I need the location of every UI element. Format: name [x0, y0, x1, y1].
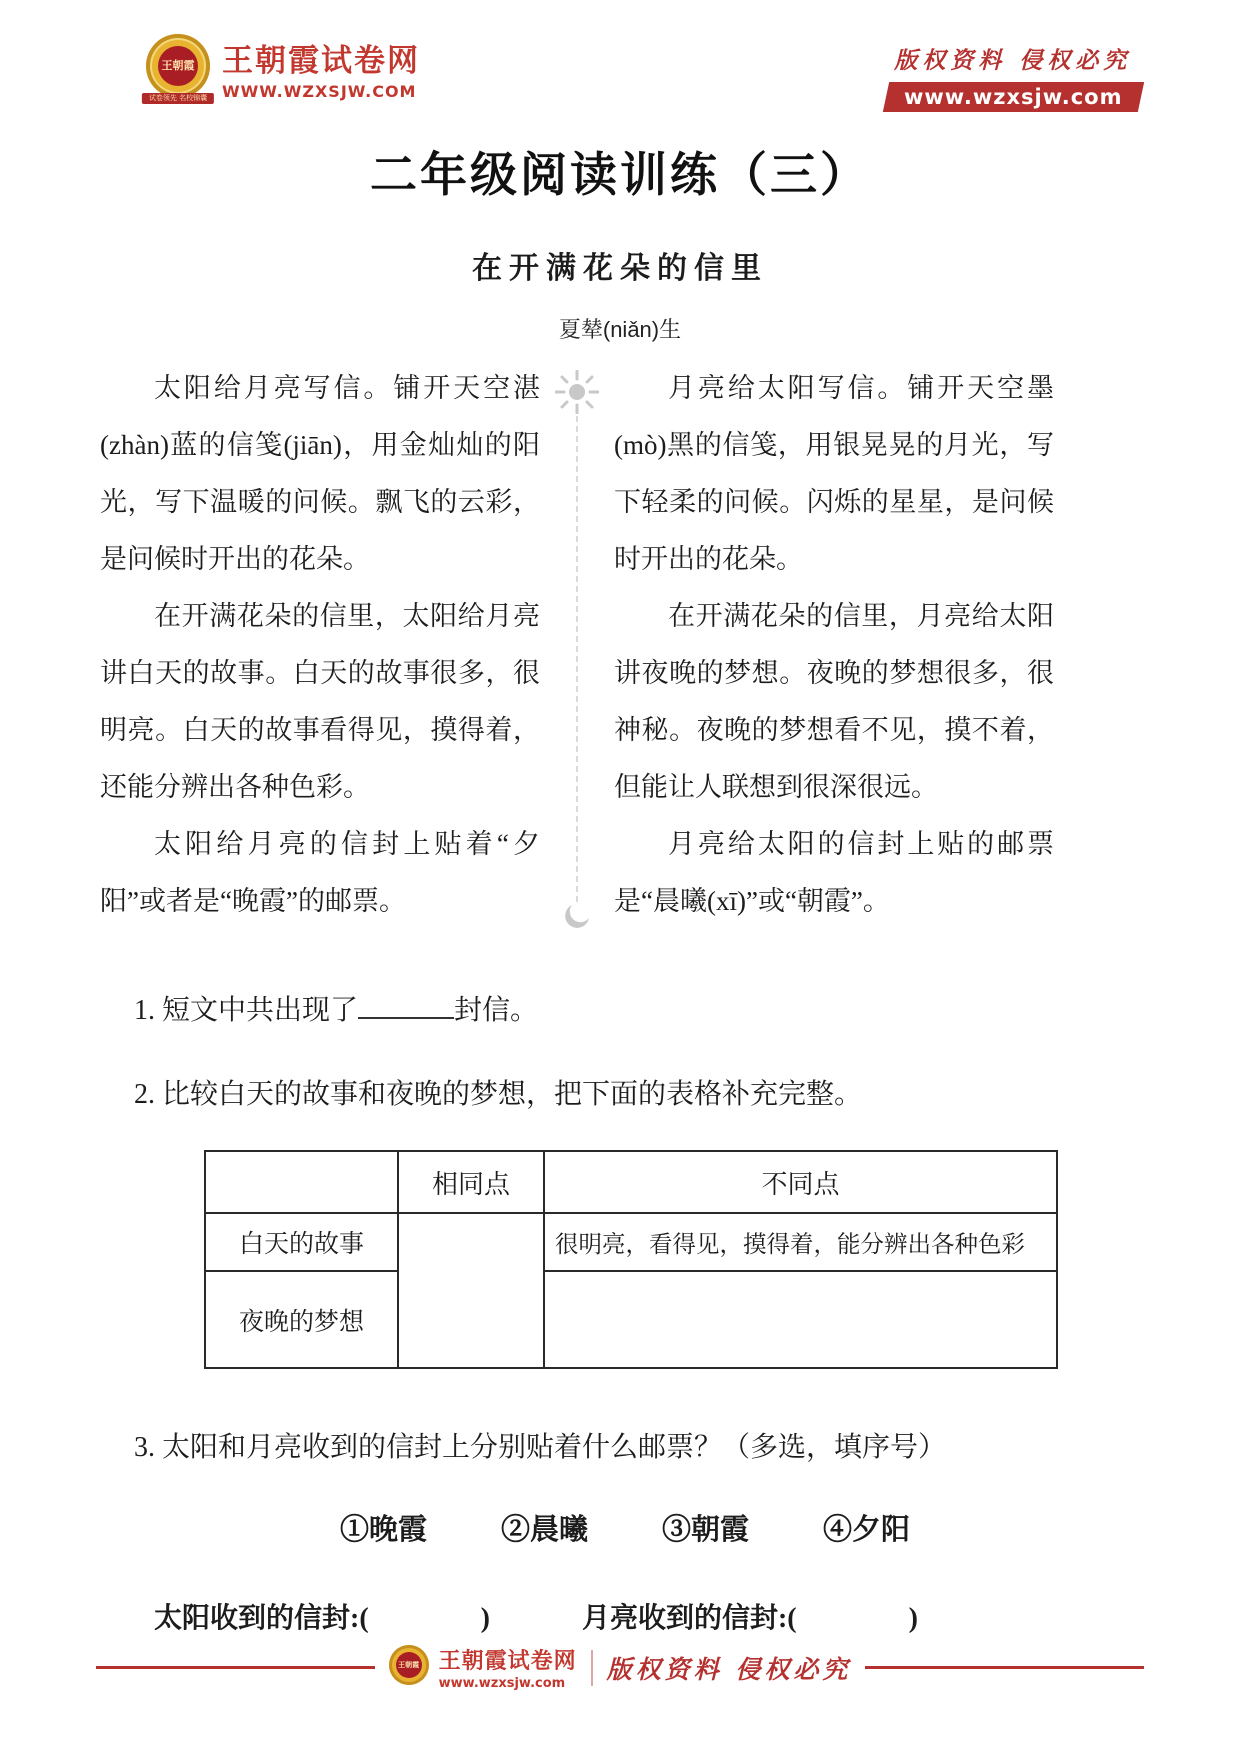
- questions-section: 1. 短文中共出现了封信。 2. 比较白天的故事和夜晚的梦想，把下面的表格补充完…: [134, 988, 1240, 1636]
- table-cell-different: 很明亮，看得见，摸得着，能分辨出各种色彩: [544, 1213, 1057, 1271]
- site-url: WWW.WZXSJW.COM: [222, 82, 420, 101]
- passage-author: 夏辇(niǎn)生: [0, 313, 1240, 344]
- question-2: 2. 比较白天的故事和夜晚的梦想，把下面的表格补充完整。: [134, 1072, 1240, 1112]
- copyright-slogan: 版权资料 侵权必究: [894, 42, 1131, 75]
- question-1: 1. 短文中共出现了封信。: [134, 988, 1240, 1028]
- option-4: ④夕阳: [823, 1507, 910, 1548]
- footer-slogan: 版权资料 侵权必究: [607, 1650, 852, 1686]
- logo-badge-ribbon: 试卷领先 名校锦囊: [142, 93, 214, 104]
- site-name: 王朝霞试卷网: [222, 35, 420, 80]
- passage-title: 在开满花朵的信里: [0, 243, 1240, 287]
- footer-vertical-divider: [591, 1650, 593, 1686]
- question-3-answer-blanks: 太阳收到的信封:( ) 月亮收到的信封:( ): [154, 1596, 1240, 1636]
- passage-right-column: 月亮给太阳写信。铺开天空墨(mò)黑的信笺，用银晃晃的月光，写下轻柔的问候。闪烁…: [614, 360, 1054, 930]
- moon-icon: [564, 904, 590, 930]
- logo-badge-text: 王朝霞: [158, 46, 198, 86]
- table-row: 白天的故事 很明亮，看得见，摸得着，能分辨出各种色彩: [205, 1213, 1057, 1271]
- dashed-divider-line: [576, 416, 578, 902]
- passage-paragraph: 在开满花朵的信里，太阳给月亮讲白天的故事。白天的故事很多，很明亮。白天的故事看得…: [100, 588, 540, 816]
- footer-site-url: www.wzxsjw.com: [439, 1676, 577, 1691]
- question-1-number: 1.: [134, 995, 155, 1026]
- table-header-same: 相同点: [398, 1151, 544, 1213]
- footer-logo-badge-icon: 王朝霞: [389, 1645, 429, 1691]
- table-row-label: 白天的故事: [205, 1213, 398, 1271]
- page-footer: 王朝霞 王朝霞试卷网 www.wzxsjw.com 版权资料 侵权必究: [0, 1644, 1240, 1691]
- question-3-number: 3.: [134, 1432, 155, 1463]
- table-header-different: 不同点: [544, 1151, 1057, 1213]
- passage-left-column: 太阳给月亮写信。铺开天空湛(zhàn)蓝的信笺(jiān)，用金灿灿的阳光，写下…: [100, 360, 540, 930]
- footer-site-block: 王朝霞试卷网 www.wzxsjw.com: [439, 1644, 577, 1691]
- passage-paragraph: 月亮给太阳的信封上贴的邮票是“晨曦(xī)”或“朝霞”。: [614, 816, 1054, 930]
- logo-badge-ring: 王朝霞: [146, 34, 210, 98]
- copyright-block: 版权资料 侵权必究 www.wzxsjw.com: [886, 34, 1141, 112]
- passage-paragraph: 太阳给月亮的信封上贴着“夕阳”或者是“晚霞”的邮票。: [100, 816, 540, 930]
- sun-icon: [555, 370, 599, 414]
- moon-answer-blank: 月亮收到的信封:( ): [582, 1596, 918, 1636]
- option-1: ①晚霞: [340, 1507, 427, 1548]
- question-3-options: ①晚霞 ②晨曦 ③朝霞 ④夕阳: [340, 1507, 1240, 1548]
- question-1-text-after: 封信。: [454, 995, 538, 1026]
- table-row-label: 夜晚的梦想: [205, 1271, 398, 1368]
- question-1-text-before: 短文中共出现了: [162, 995, 358, 1026]
- footer-rule-right: [865, 1666, 1144, 1669]
- passage-paragraph: 月亮给太阳写信。铺开天空墨(mò)黑的信笺，用银晃晃的月光，写下轻柔的问候。闪烁…: [614, 360, 1054, 588]
- table-row: 夜晚的梦想: [205, 1271, 1057, 1368]
- url-banner-text: www.wzxsjw.com: [904, 85, 1123, 109]
- comparison-table: 相同点 不同点 白天的故事 很明亮，看得见，摸得着，能分辨出各种色彩 夜晚的梦想: [204, 1150, 1058, 1369]
- footer-logo-block: 王朝霞 王朝霞试卷网 www.wzxsjw.com 版权资料 侵权必究: [389, 1644, 852, 1691]
- passage-paragraph: 在开满花朵的信里，月亮给太阳讲夜晚的梦想。夜晚的梦想很多，很神秘。夜晚的梦想看不…: [614, 588, 1054, 816]
- footer-badge-text: 王朝霞: [396, 1652, 422, 1678]
- question-3-text: 太阳和月亮收到的信封上分别贴着什么邮票？（多选，填序号）: [162, 1432, 946, 1463]
- logo-badge-icon: 王朝霞 试卷领先 名校锦囊: [146, 34, 210, 102]
- site-logo: 王朝霞 试卷领先 名校锦囊 王朝霞试卷网 WWW.WZXSJW.COM: [146, 34, 420, 102]
- page-title: 二年级阅读训练（三）: [0, 138, 1240, 205]
- footer-rule-left: [96, 1666, 375, 1669]
- column-divider: [540, 360, 614, 930]
- table-cell-same-blank: [398, 1213, 544, 1368]
- question-1-fill-blank: [358, 990, 454, 1019]
- page-header: 王朝霞 试卷领先 名校锦囊 王朝霞试卷网 WWW.WZXSJW.COM 版权资料…: [0, 0, 1240, 112]
- sun-answer-blank: 太阳收到的信封:( ): [154, 1596, 490, 1636]
- logo-text-block: 王朝霞试卷网 WWW.WZXSJW.COM: [222, 35, 420, 101]
- table-cell-different-blank: [544, 1271, 1057, 1368]
- table-header-empty: [205, 1151, 398, 1213]
- url-banner: www.wzxsjw.com: [882, 82, 1143, 112]
- question-2-number: 2.: [134, 1079, 155, 1110]
- passage-paragraph: 太阳给月亮写信。铺开天空湛(zhàn)蓝的信笺(jiān)，用金灿灿的阳光，写下…: [100, 360, 540, 588]
- question-2-text: 比较白天的故事和夜晚的梦想，把下面的表格补充完整。: [162, 1079, 862, 1110]
- footer-badge-ring: 王朝霞: [389, 1645, 429, 1685]
- option-2: ②晨曦: [501, 1507, 588, 1548]
- table-header-row: 相同点 不同点: [205, 1151, 1057, 1213]
- reading-passage: 太阳给月亮写信。铺开天空湛(zhàn)蓝的信笺(jiān)，用金灿灿的阳光，写下…: [100, 360, 1152, 930]
- footer-site-name: 王朝霞试卷网: [439, 1644, 577, 1675]
- question-3: 3. 太阳和月亮收到的信封上分别贴着什么邮票？（多选，填序号）: [134, 1425, 1240, 1465]
- option-3: ③朝霞: [662, 1507, 749, 1548]
